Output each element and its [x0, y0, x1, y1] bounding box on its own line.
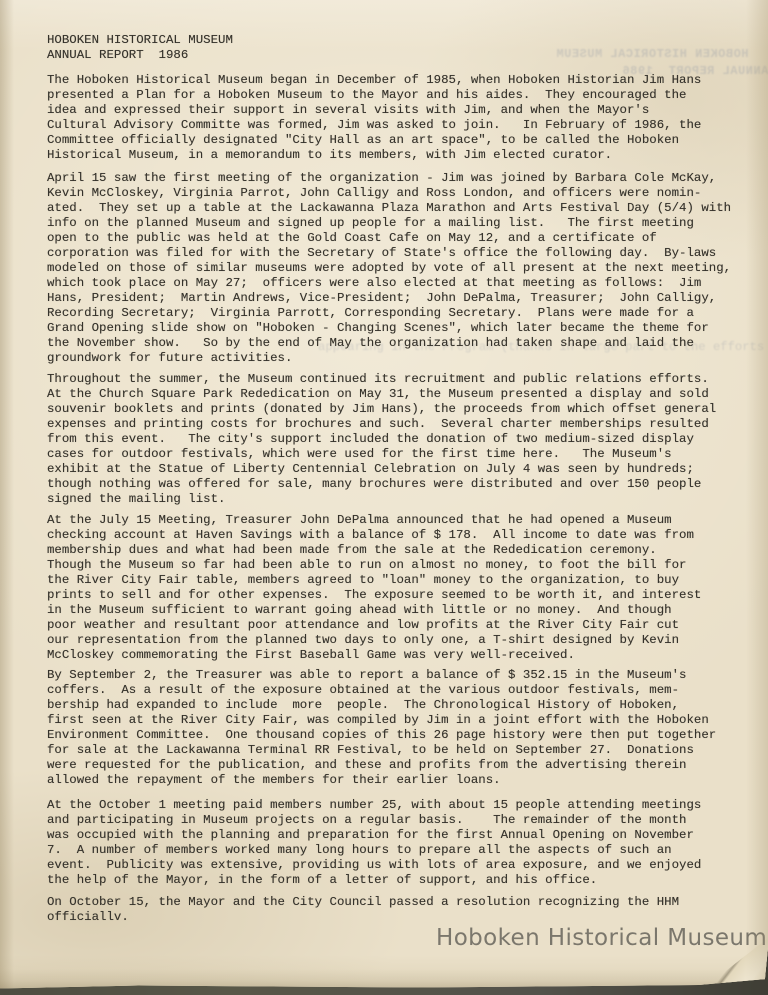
text-line: Grand Opening slide show on "Hoboken - C…: [47, 321, 742, 336]
text-line: coffers. As a result of the exposure obt…: [47, 683, 742, 698]
text-line: poor weather and resultant poor attendan…: [47, 618, 742, 633]
text-line: Committee officially designated "City Ha…: [47, 133, 742, 148]
paper-sheet: HOBOKEN HISTORICAL MUSEUMANNUAL REPORT 1…: [0, 0, 768, 995]
text-line: By September 2, the Treasurer was able t…: [47, 668, 742, 683]
text-line: Kevin McCloskey, Virginia Parrot, John C…: [47, 186, 742, 201]
paragraph-7: On October 15, the Mayor and the City Co…: [47, 895, 742, 925]
text-line: though nothing was offered for sale, man…: [47, 477, 742, 492]
text-line: for sale at the Lackawanna Terminal RR F…: [47, 743, 742, 758]
text-line: cases for outdoor festivals, which were …: [47, 447, 742, 462]
scanned-page: HOBOKEN HISTORICAL MUSEUMANNUAL REPORT 1…: [0, 0, 768, 995]
document-title: HOBOKEN HISTORICAL MUSEUMANNUAL REPORT 1…: [47, 33, 742, 63]
text-line: groundwork for future activities.: [47, 351, 742, 366]
text-line: April 15 saw the first meeting of the or…: [47, 171, 742, 186]
text-line: presented a Plan for a Hoboken Museum to…: [47, 88, 742, 103]
text-line: ANNUAL REPORT 1986: [47, 48, 742, 63]
text-line: exhibit at the Statue of Liberty Centenn…: [47, 462, 742, 477]
text-line: from this event. The city's support incl…: [47, 432, 742, 447]
text-line: Cultural Advisory Committe was formed, J…: [47, 118, 742, 133]
text-line: ated. They set up a table at the Lackawa…: [47, 201, 742, 216]
text-line: On October 15, the Mayor and the City Co…: [47, 895, 742, 910]
text-line: At the October 1 meeting paid members nu…: [47, 798, 742, 813]
paragraph-4: At the July 15 Meeting, Treasurer John D…: [47, 513, 742, 663]
watermark: Hoboken Historical Museum: [436, 925, 767, 951]
text-line: idea and expressed their support in seve…: [47, 103, 742, 118]
text-line: which took place on May 27; officers wer…: [47, 276, 742, 291]
text-line: our representation from the planned two …: [47, 633, 742, 648]
text-line: the River City Fair table, members agree…: [47, 573, 742, 588]
text-line: Environment Committee. One thousand copi…: [47, 728, 742, 743]
text-line: event. Publicity was extensive, providin…: [47, 858, 742, 873]
text-line: At the July 15 Meeting, Treasurer John D…: [47, 513, 742, 528]
text-line: allowed the repayment of the members for…: [47, 773, 742, 788]
text-line: HOBOKEN HISTORICAL MUSEUM: [47, 33, 742, 48]
text-line: Historical Museum, in a memorandum to it…: [47, 148, 742, 163]
paragraph-6: At the October 1 meeting paid members nu…: [47, 798, 742, 888]
paragraph-5: By September 2, the Treasurer was able t…: [47, 668, 742, 788]
text-line: Though the Museum so far had been able t…: [47, 558, 742, 573]
text-line: Recording Secretary; Virginia Parrott, C…: [47, 306, 742, 321]
text-line: souvenir booklets and prints (donated by…: [47, 402, 742, 417]
text-line: At the Church Square Park Rededication o…: [47, 387, 742, 402]
text-line: was occupied with the planning and prepa…: [47, 828, 742, 843]
text-line: The Hoboken Historical Museum began in D…: [47, 73, 742, 88]
text-line: modeled on those of similar museums were…: [47, 261, 742, 276]
text-line: bership had expanded to include more peo…: [47, 698, 742, 713]
text-line: prints to sell and for other expenses. T…: [47, 588, 742, 603]
text-line: corporation was filed for with the Secre…: [47, 246, 742, 261]
text-line: the help of the Mayor, in the form of a …: [47, 873, 742, 888]
text-line: officiallv.: [47, 910, 742, 925]
text-line: expenses and printing costs for brochure…: [47, 417, 742, 432]
text-line: Throughout the summer, the Museum contin…: [47, 372, 742, 387]
document-body: HOBOKEN HISTORICAL MUSEUMANNUAL REPORT 1…: [47, 33, 742, 925]
text-line: Hans, President; Martin Andrews, Vice-Pr…: [47, 291, 742, 306]
text-line: first seen at the River City Fair, was c…: [47, 713, 742, 728]
text-line: open to the public was held at the Gold …: [47, 231, 742, 246]
text-line: in the Museum sufficient to warrant goin…: [47, 603, 742, 618]
text-line: McCloskey commemorating the First Baseba…: [47, 648, 742, 663]
text-line: the November show. So by the end of May …: [47, 336, 742, 351]
text-line: 7. A number of members worked many long …: [47, 843, 742, 858]
text-line: and participating in Museum projects on …: [47, 813, 742, 828]
text-line: checking account at Haven Savings with a…: [47, 528, 742, 543]
paragraph-3: Throughout the summer, the Museum contin…: [47, 372, 742, 507]
paragraph-1: The Hoboken Historical Museum began in D…: [47, 73, 742, 163]
paragraph-2: April 15 saw the first meeting of the or…: [47, 171, 742, 366]
text-line: info on the planned Museum and signed up…: [47, 216, 742, 231]
text-line: membership dues and what had been made f…: [47, 543, 742, 558]
text-line: signed the mailing list.: [47, 492, 742, 507]
text-line: were requested for the publication, and …: [47, 758, 742, 773]
